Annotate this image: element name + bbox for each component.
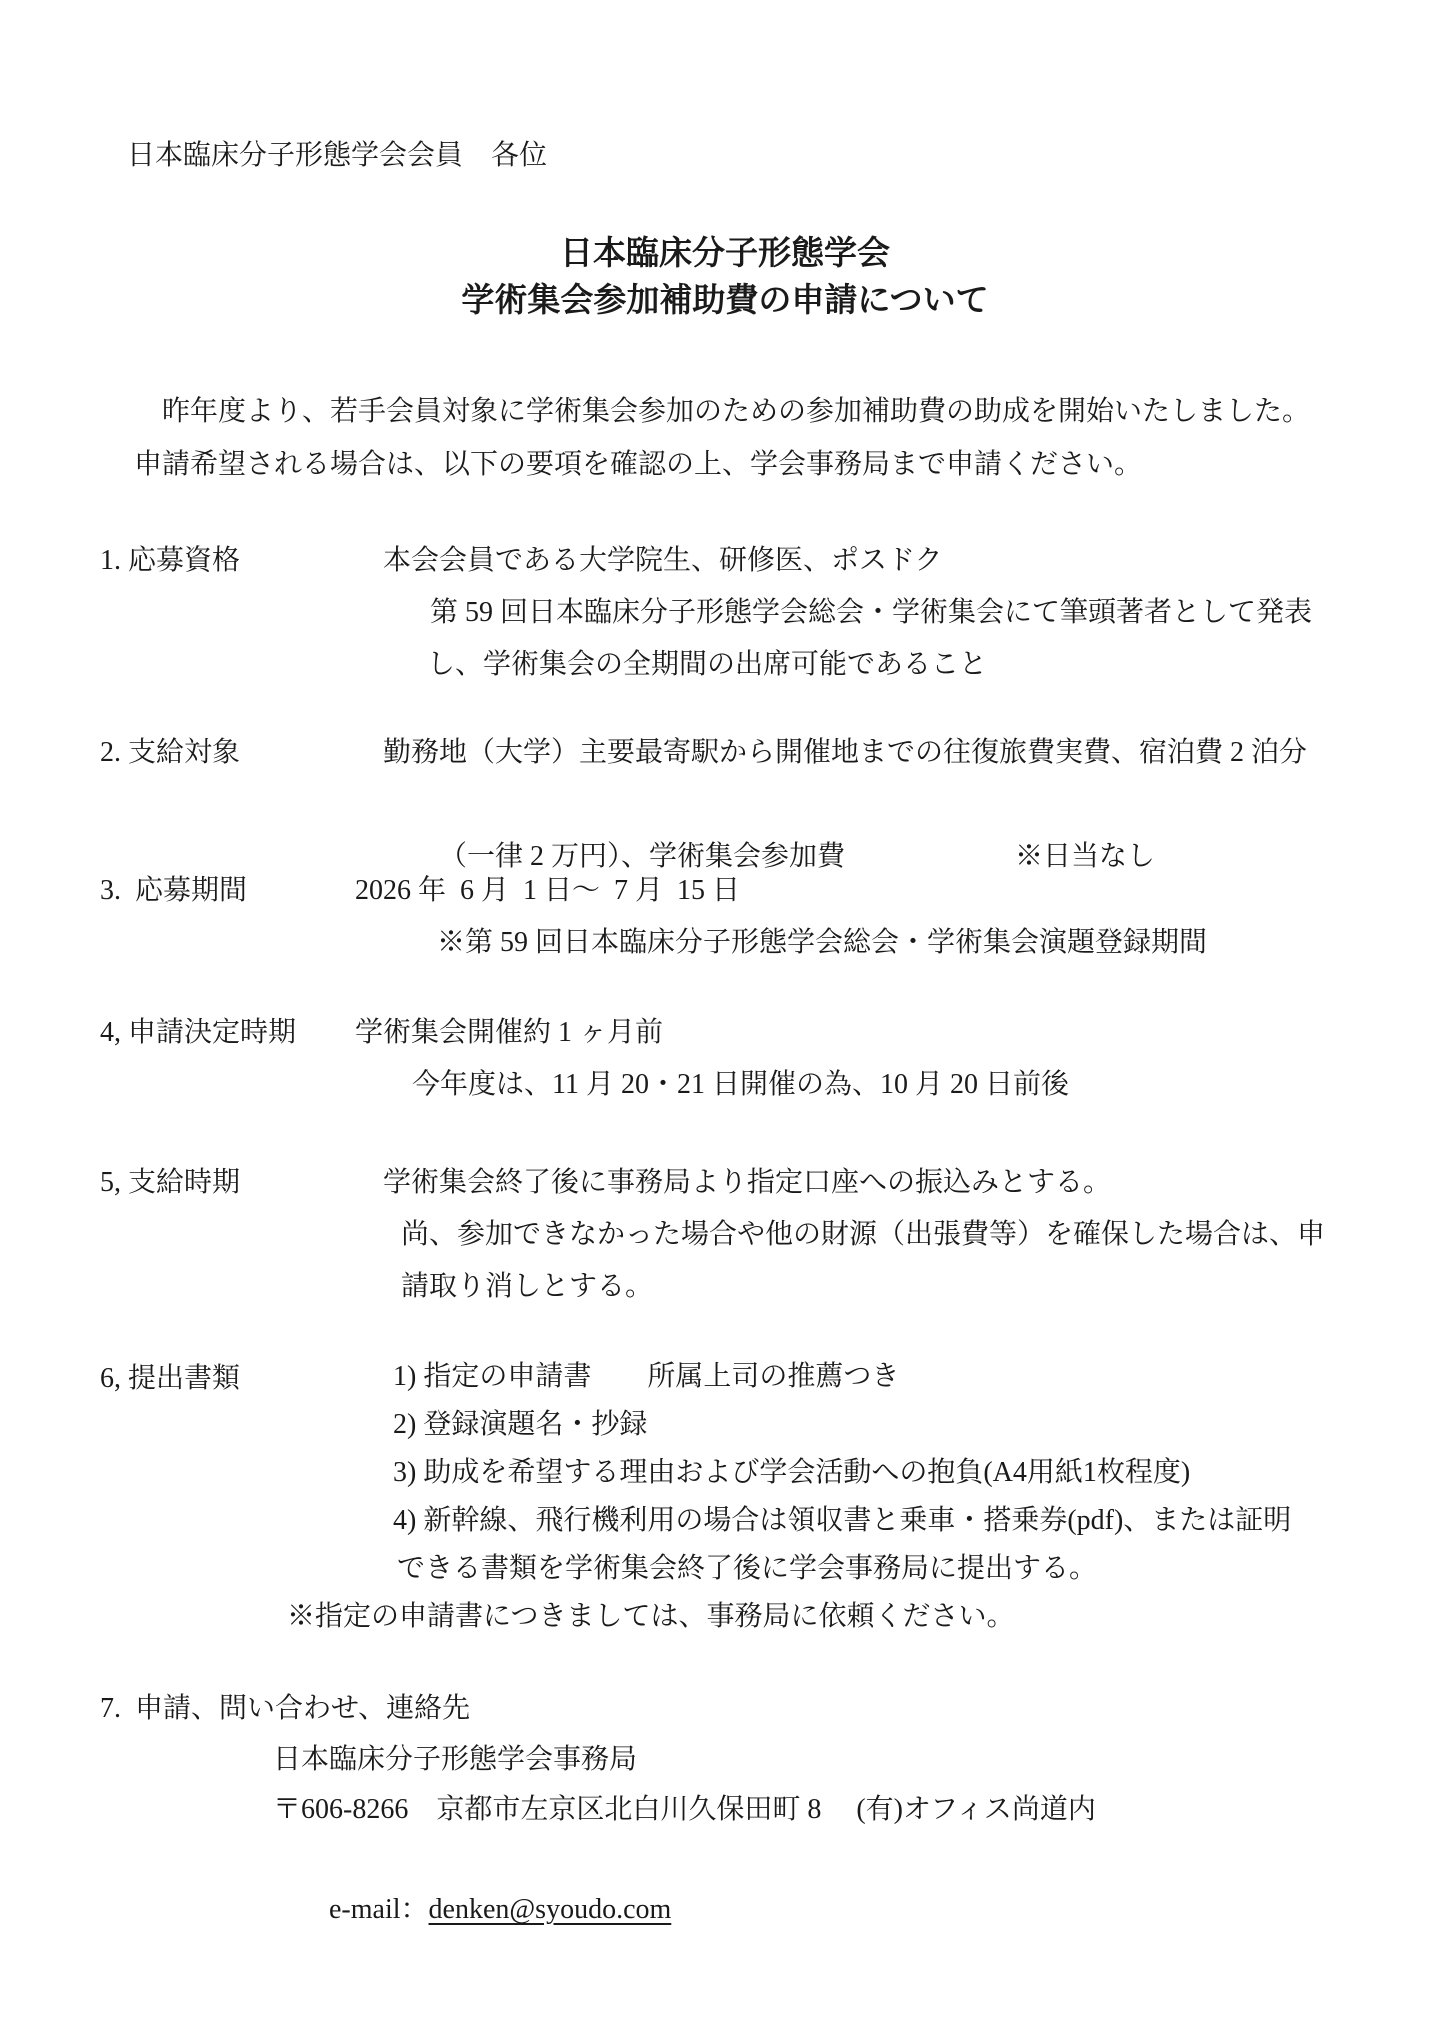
item-application-period-note: ※第 59 回日本臨床分子形態学会総会・学術集会演題登録期間 xyxy=(437,917,1380,969)
item-application-period: 3. 応募期間 2026 年 6 月 1 日～ 7 月 15 日 ※第 59 回… xyxy=(0,865,1440,969)
designated-form-note: ※指定の申請書につきましては、事務局に依頼ください。 xyxy=(287,1593,1440,1641)
item-required-documents-label: 6, 提出書類 xyxy=(100,1353,240,1405)
item-decision-timing-label: 4, 申請決定時期 xyxy=(100,1007,296,1059)
item-payment-timing-label: 5, 支給時期 xyxy=(100,1157,240,1209)
item-eligibility: 1. 応募資格 本会会員である大学院生、研修医、ポスドク 第 59 回日本臨床分… xyxy=(0,535,1440,691)
item-application-period-label: 3. 応募期間 xyxy=(100,865,247,917)
item-payment-timing-line-3: 請取り消しとする。 xyxy=(401,1261,1380,1313)
item-application-period-line-1: 2026 年 6 月 1 日～ 7 月 15 日 xyxy=(355,865,1380,917)
required-document-4-continuation: できる書類を学術集会終了後に学会事務局に提出する。 xyxy=(397,1545,1380,1593)
item-eligibility-label: 1. 応募資格 xyxy=(100,535,240,587)
item-decision-timing: 4, 申請決定時期 学術集会開催約 1 ヶ月前 今年度は、11 月 20・21 … xyxy=(0,1007,1440,1111)
title-line-2: 学術集会参加補助費の申請について xyxy=(100,278,1350,325)
contact-office-name: 日本臨床分子形態学会事務局 xyxy=(273,1735,1380,1785)
item-decision-timing-line-2: 今年度は、11 月 20・21 日開催の為、10 月 20 日前後 xyxy=(412,1059,1380,1111)
item-eligibility-line-1: 本会会員である大学院生、研修医、ポスドク xyxy=(383,535,1380,587)
required-document-3: 3) 助成を希望する理由および学会活動への抱負(A4用紙1枚程度) xyxy=(393,1449,1380,1497)
email-link[interactable]: denken@syoudo.com xyxy=(429,1894,672,1925)
email-label: e-mail： xyxy=(329,1894,429,1925)
intro-paragraph: 昨年度より、若手会員対象に学術集会参加のための参加補助費の助成を開始いたしました… xyxy=(134,385,1350,491)
recipient-line: 日本臨床分子形態学会会員 各位 xyxy=(127,138,547,174)
item-contact-label: 7. 申請、問い合わせ、連絡先 xyxy=(100,1683,470,1735)
item-payment-timing: 5, 支給時期 学術集会終了後に事務局より指定口座への振込みとする。 尚、参加で… xyxy=(0,1157,1440,1313)
item-payment-timing-line-1: 学術集会終了後に事務局より指定口座への振込みとする。 xyxy=(383,1157,1380,1209)
document-page: 日本臨床分子形態学会会員 各位 日本臨床分子形態学会 学術集会参加補助費の申請に… xyxy=(0,0,1440,2037)
item-eligibility-line-3: し、学術集会の全期間の出席可能であること xyxy=(427,639,1380,691)
required-document-4: 4) 新幹線、飛行機利用の場合は領収書と乗車・搭乗券(pdf)、または証明 xyxy=(393,1497,1380,1545)
item-required-documents: 6, 提出書類 1) 指定の申請書 所属上司の推薦つき 2) 登録演題名・抄録 … xyxy=(0,1353,1440,1641)
item-payment-coverage-label: 2. 支給対象 xyxy=(100,727,240,779)
required-document-2: 2) 登録演題名・抄録 xyxy=(393,1401,1380,1449)
title-line-1: 日本臨床分子形態学会 xyxy=(100,231,1350,278)
item-payment-coverage-line-1: 勤務地（大学）主要最寄駅から開催地までの往復旅費実費、宿泊費 2 泊分 xyxy=(383,727,1380,779)
required-document-1: 1) 指定の申請書 所属上司の推薦つき xyxy=(393,1353,1380,1401)
item-payment-timing-line-2: 尚、参加できなかった場合や他の財源（出張費等）を確保した場合は、申 xyxy=(401,1209,1380,1261)
contact-address: 〒606-8266 京都市左京区北白川久保田町 8 (有)オフィス尚道内 xyxy=(273,1785,1380,1835)
intro-line-2: 申請希望される場合は、以下の要項を確認の上、学会事務局まで申請ください。 xyxy=(134,438,1350,491)
document-title: 日本臨床分子形態学会 学術集会参加補助費の申請について xyxy=(100,231,1350,325)
item-contact: 7. 申請、問い合わせ、連絡先 日本臨床分子形態学会事務局 〒606-8266 … xyxy=(0,1683,1440,1985)
item-decision-timing-line-1: 学術集会開催約 1 ヶ月前 xyxy=(355,1007,1380,1059)
contact-email-line: e-mail：denken@syoudo.com xyxy=(273,1835,1380,1985)
item-eligibility-line-2: 第 59 回日本臨床分子形態学会総会・学術集会にて筆頭著者として発表 xyxy=(430,587,1380,639)
intro-line-1: 昨年度より、若手会員対象に学術集会参加のための参加補助費の助成を開始いたしました… xyxy=(134,385,1350,438)
